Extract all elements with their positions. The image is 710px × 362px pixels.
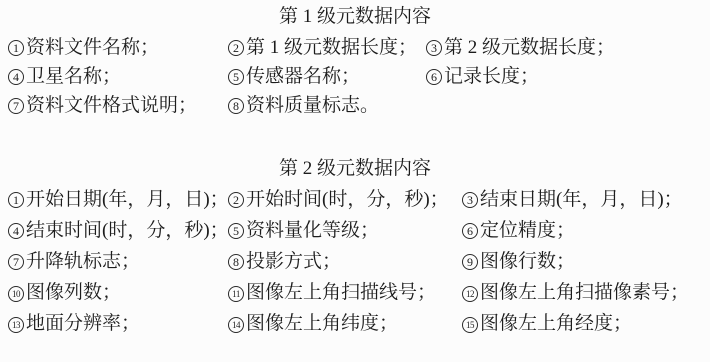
metadata-item: 8资料质量标志。 <box>228 91 426 120</box>
circled-number: 11 <box>228 286 244 302</box>
metadata-item: 5传感器名称； <box>228 62 426 91</box>
metadata-item: 3结束日期(年，月，日)； <box>462 184 710 215</box>
circled-number: 6 <box>426 69 442 85</box>
item-label: 资料量化等级； <box>246 220 379 241</box>
item-label: 升降轨标志； <box>26 251 140 272</box>
metadata-item: 7资料文件格式说明； <box>8 91 228 120</box>
item-label: 定位精度； <box>480 220 575 241</box>
circled-number: 14 <box>228 317 244 333</box>
metadata-item: 2第 1 级元数据长度； <box>228 33 426 62</box>
circled-number: 7 <box>8 254 24 270</box>
metadata-item: 6记录长度； <box>426 62 710 91</box>
circled-number: 15 <box>462 317 478 333</box>
item-label: 图像列数； <box>26 282 121 303</box>
metadata-item: 4结束时间(时，分，秒)； <box>8 215 228 246</box>
metadata-item: 13地面分辨率； <box>8 308 228 339</box>
metadata-item: 15图像左上角经度； <box>462 308 710 339</box>
item-label: 资料文件格式说明； <box>26 95 197 116</box>
circled-number: 10 <box>8 286 24 302</box>
item-label: 开始日期(年，月，日)； <box>26 189 229 210</box>
item-label: 资料质量标志。 <box>246 95 379 116</box>
metadata-item: 11图像左上角扫描线号； <box>228 277 462 308</box>
item-label: 投影方式； <box>246 251 341 272</box>
circled-number: 8 <box>228 254 244 270</box>
circled-number: 7 <box>8 98 24 114</box>
metadata-item: 10图像列数； <box>8 277 228 308</box>
document-page: 第 1 级元数据内容 1资料文件名称； 2第 1 级元数据长度； 3第 2 级元… <box>0 0 710 339</box>
circled-number: 4 <box>8 223 24 239</box>
item-label: 图像左上角扫描线号； <box>246 282 436 303</box>
section1-title: 第 1 级元数据内容 <box>0 4 710 30</box>
circled-number: 5 <box>228 69 244 85</box>
circled-number: 1 <box>8 40 24 56</box>
metadata-item: 7升降轨标志； <box>8 246 228 277</box>
item-label: 结束时间(时，分，秒)； <box>26 220 229 241</box>
circled-number: 12 <box>462 286 478 302</box>
item-label: 开始时间(时，分，秒)； <box>246 189 449 210</box>
circled-number: 6 <box>462 223 478 239</box>
circled-number: 3 <box>462 192 478 208</box>
metadata-item: 6定位精度； <box>462 215 710 246</box>
item-label: 记录长度； <box>444 66 539 87</box>
item-label: 图像行数； <box>480 251 575 272</box>
metadata-item: 4卫星名称； <box>8 62 228 91</box>
metadata-item: 5资料量化等级； <box>228 215 462 246</box>
item-label: 传感器名称； <box>246 66 360 87</box>
metadata-item: 1开始日期(年，月，日)； <box>8 184 228 215</box>
circled-number: 3 <box>426 40 442 56</box>
metadata-item: 12图像左上角扫描像素号； <box>462 277 710 308</box>
circled-number: 4 <box>8 69 24 85</box>
item-label: 地面分辨率； <box>26 313 140 334</box>
section2-title: 第 2 级元数据内容 <box>0 156 710 182</box>
section1-item-grid: 1资料文件名称； 2第 1 级元数据长度； 3第 2 级元数据长度； 4卫星名称… <box>8 33 710 120</box>
metadata-item: 8投影方式； <box>228 246 462 277</box>
item-label: 第 1 级元数据长度； <box>246 37 417 58</box>
item-label: 图像左上角经度； <box>480 313 632 334</box>
item-label: 图像左上角纬度； <box>246 313 398 334</box>
metadata-item: 2开始时间(时，分，秒)； <box>228 184 462 215</box>
item-label: 第 2 级元数据长度； <box>444 37 615 58</box>
metadata-item: 1资料文件名称； <box>8 33 228 62</box>
circled-number: 2 <box>228 40 244 56</box>
metadata-item: 14图像左上角纬度； <box>228 308 462 339</box>
section2-item-grid: 1开始日期(年，月，日)； 2开始时间(时，分，秒)； 3结束日期(年，月，日)… <box>8 184 710 339</box>
circled-number: 8 <box>228 98 244 114</box>
circled-number: 13 <box>8 317 24 333</box>
metadata-item: 3第 2 级元数据长度； <box>426 33 710 62</box>
circled-number: 2 <box>228 192 244 208</box>
circled-number: 5 <box>228 223 244 239</box>
item-label: 图像左上角扫描像素号； <box>480 282 689 303</box>
item-label: 结束日期(年，月，日)； <box>480 189 683 210</box>
circled-number: 1 <box>8 192 24 208</box>
item-label: 资料文件名称； <box>26 37 159 58</box>
metadata-item: 9图像行数； <box>462 246 710 277</box>
item-label: 卫星名称； <box>26 66 121 87</box>
circled-number: 9 <box>462 254 478 270</box>
